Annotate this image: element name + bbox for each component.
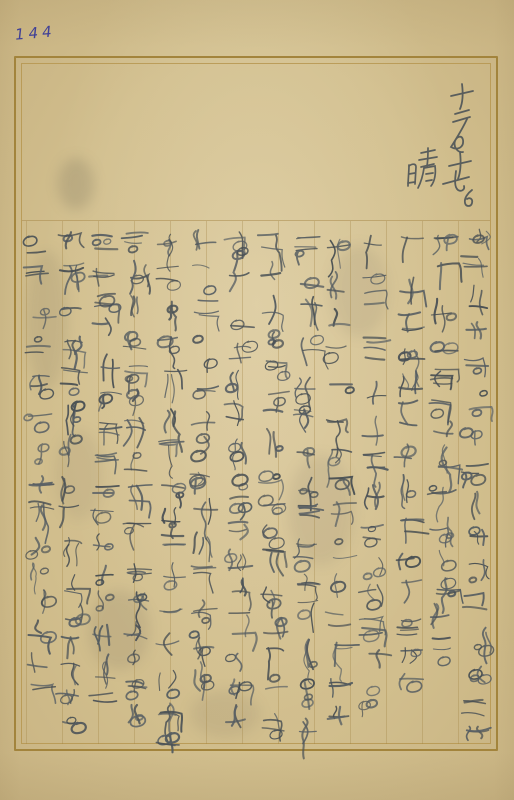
handwriting-column-8	[224, 232, 257, 727]
handwriting-column-6	[293, 237, 328, 759]
handwriting-column-13	[56, 232, 90, 733]
scanned-diary-page: { "page": { "page_number": "144", "descr…	[0, 0, 514, 800]
handwriting-column-5	[323, 239, 359, 724]
handwriting-column-10	[156, 234, 187, 752]
handwriting-column-2	[428, 235, 463, 666]
weather-character-handwriting	[408, 148, 437, 188]
date-column-handwriting	[443, 84, 473, 206]
handwriting-column-7	[258, 234, 290, 741]
handwriting-column-1	[460, 229, 494, 740]
handwriting-layer	[0, 0, 514, 800]
handwriting-column-4	[359, 236, 391, 717]
handwriting-column-14	[23, 236, 56, 703]
handwriting-column-3	[394, 237, 428, 692]
handwriting-column-12	[89, 235, 122, 702]
manuscript-columns	[23, 229, 493, 758]
handwriting-column-11	[122, 232, 152, 726]
handwriting-column-9	[190, 230, 219, 700]
